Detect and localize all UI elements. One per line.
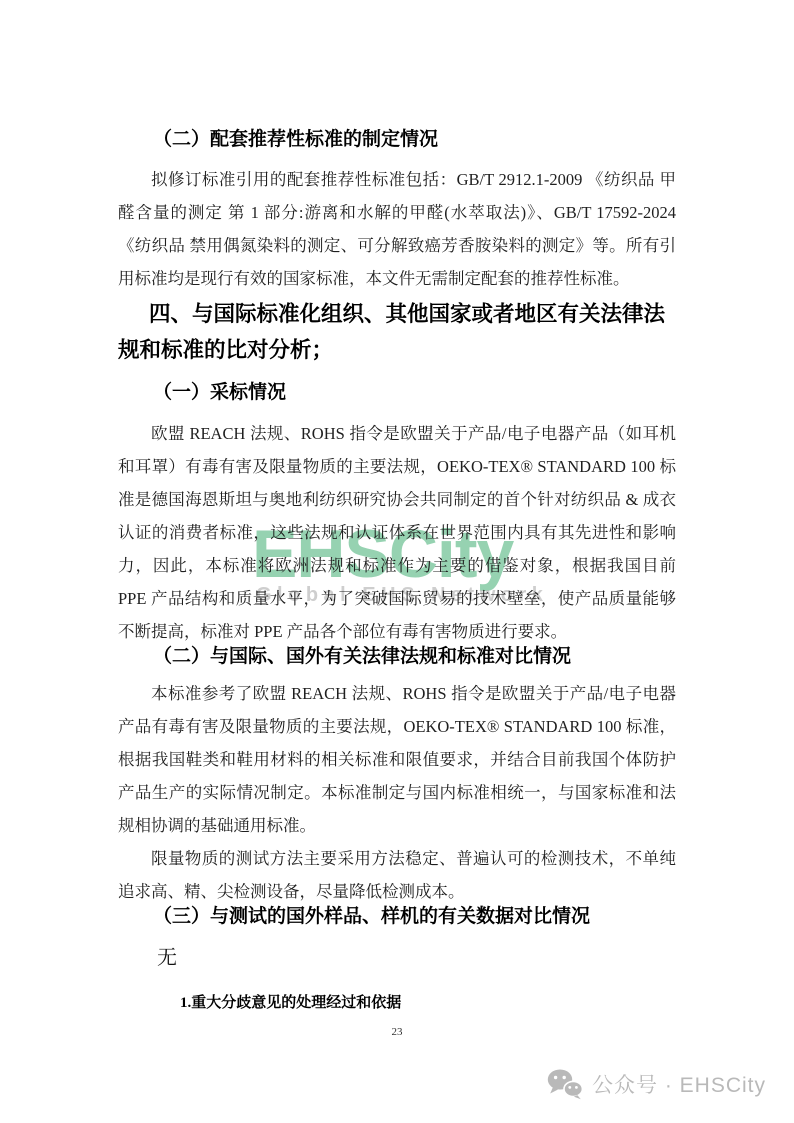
heading-standard-adoption: （一）采标情况 xyxy=(118,380,676,406)
heading-supporting-standards: （二）配套推荐性标准的制定情况 xyxy=(118,127,676,153)
wechat-account-label: 公众号 · EHSCity xyxy=(592,1069,766,1099)
paragraph-supporting-standards: 拟修订标准引用的配套推荐性标准包括：GB/T 2912.1-2009 《纺织品 … xyxy=(118,163,676,295)
wechat-icon xyxy=(547,1068,583,1100)
document-page: EHSCity Global EHS Network （二）配套推荐性标准的制定… xyxy=(0,0,794,1123)
heading-dispute-handling: 1.重大分歧意见的处理经过和依据 xyxy=(118,993,676,1013)
document-content: （二）配套推荐性标准的制定情况 拟修订标准引用的配套推荐性标准包括：GB/T 2… xyxy=(118,0,676,1013)
heading-comparison-laws: （二）与国际、国外有关法律法规和标准对比情况 xyxy=(118,644,676,670)
paragraph-comparison-1: 本标准参考了欧盟 REACH 法规、ROHS 指令是欧盟关于产品/电子电器产品有… xyxy=(118,677,676,842)
heading-section-four: 四、与国际标准化组织、其他国家或者地区有关法律法规和标准的比对分析； xyxy=(118,296,676,368)
page-number: 23 xyxy=(0,1026,794,1038)
wechat-account-badge: 公众号 · EHSCity xyxy=(547,1068,766,1100)
heading-sample-data-comparison: （三）与测试的国外样品、样机的有关数据对比情况 xyxy=(118,904,676,930)
paragraph-standard-adoption: 欧盟 REACH 法规、ROHS 指令是欧盟关于产品/电子电器产品（如耳机和耳罩… xyxy=(118,417,676,648)
text-none: 无 xyxy=(118,945,676,971)
paragraph-comparison-2: 限量物质的测试方法主要采用方法稳定、普遍认可的检测技术，不单纯追求高、精、尖检测… xyxy=(118,842,676,908)
